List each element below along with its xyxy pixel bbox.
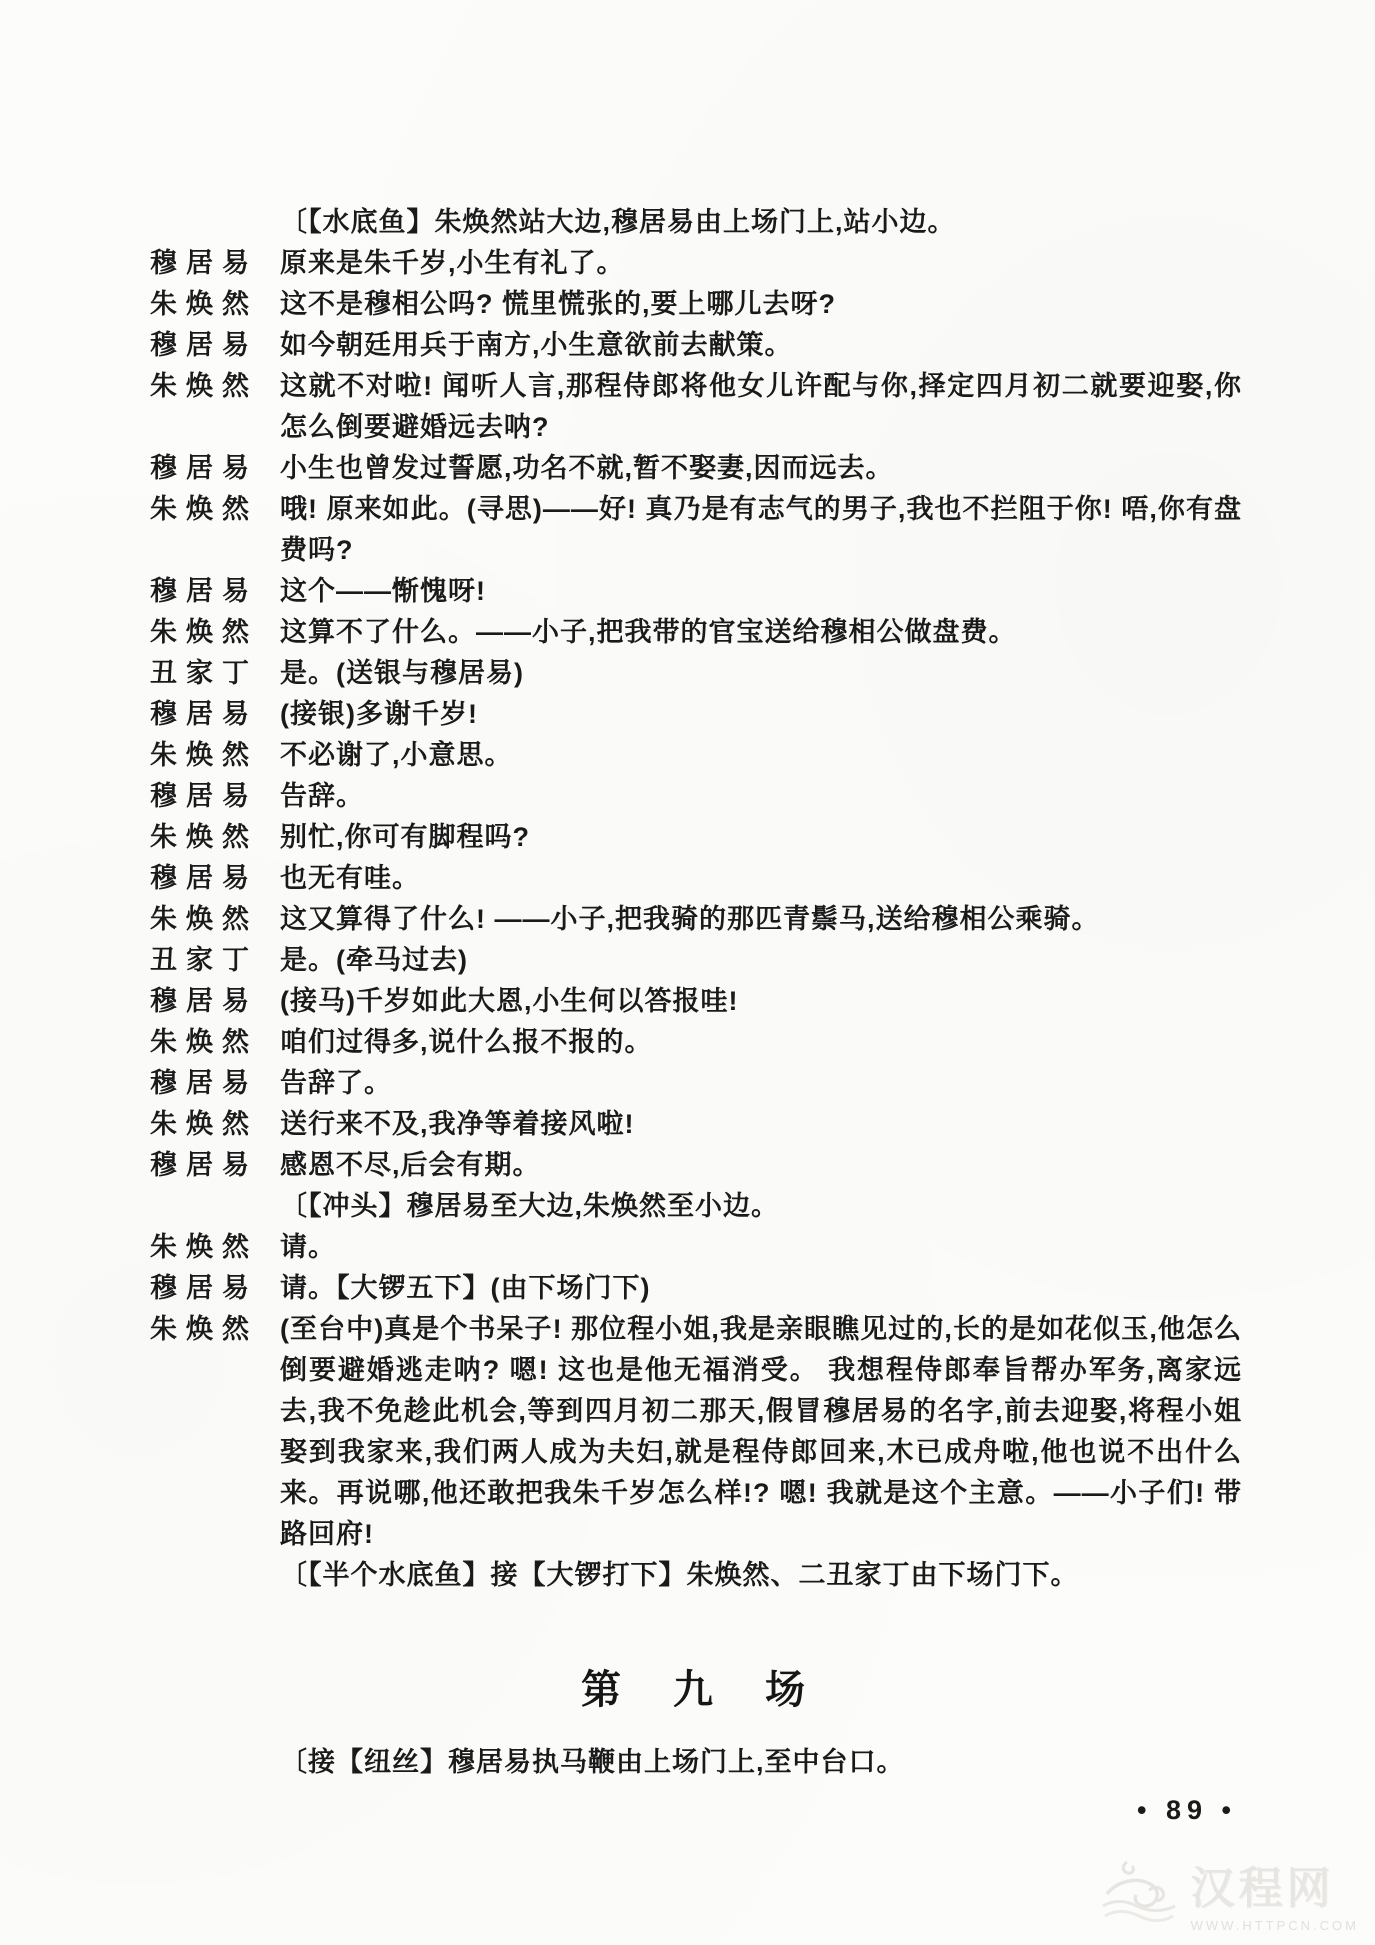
- dialogue-text: 这个——惭愧呀!: [280, 571, 1242, 612]
- stage-direction-text: 〔【冲头】穆居易至大边,朱焕然至小边。: [280, 1186, 1242, 1227]
- dialogue-line: 朱焕然这不是穆相公吗? 慌里慌张的,要上哪儿去呀?: [150, 284, 1242, 325]
- dialogue-text: 小生也曾发过誓愿,功名不就,暂不娶妻,因而远去。: [280, 448, 1242, 489]
- dialogue-text: 哦! 原来如此。(寻思)——好! 真乃是有志气的男子,我也不拦阻于你! 唔,你有…: [280, 489, 1242, 571]
- stage-direction: 〔【半个水底鱼】接【大锣打下】朱焕然、二丑家丁由下场门下。: [150, 1555, 1242, 1596]
- watermark: 汉程网 WWW.HTTPCN.COM: [1097, 1852, 1359, 1933]
- stage-direction: 〔【冲头】穆居易至大边,朱焕然至小边。: [150, 1186, 1242, 1227]
- dialogue-line: 穆居易感恩不尽,后会有期。: [150, 1145, 1242, 1186]
- speaker-name: 穆居易: [150, 694, 280, 735]
- speaker-name: 穆居易: [150, 325, 280, 366]
- dialogue-line: 穆居易如今朝廷用兵于南方,小生意欲前去献策。: [150, 325, 1242, 366]
- dialogue-line: 丑家丁是。(送银与穆居易): [150, 653, 1242, 694]
- dialogue-line: 丑家丁是。(牵马过去): [150, 940, 1242, 981]
- watermark-url-text: WWW.HTTPCN.COM: [1191, 1918, 1359, 1933]
- dialogue-line: 穆居易请。【大锣五下】(由下场门下): [150, 1268, 1242, 1309]
- speaker-name: 朱焕然: [150, 899, 280, 940]
- dialogue-text: (至台中)真是个书呆子! 那位程小姐,我是亲眼瞧见过的,长的是如花似玉,他怎么倒…: [280, 1309, 1242, 1555]
- dialogue-line: 穆居易(接马)千岁如此大恩,小生何以答报哇!: [150, 981, 1242, 1022]
- speaker-name: 穆居易: [150, 448, 280, 489]
- dialogue-line: 朱焕然(至台中)真是个书呆子! 那位程小姐,我是亲眼瞧见过的,长的是如花似玉,他…: [150, 1309, 1242, 1555]
- dialogue-text: 别忙,你可有脚程吗?: [280, 817, 1242, 858]
- dialogue-text: 送行来不及,我净等着接风啦!: [280, 1104, 1242, 1145]
- dialogue-line: 朱焕然这就不对啦! 闻听人言,那程侍郎将他女儿许配与你,择定四月初二就要迎娶,你…: [150, 366, 1242, 448]
- speaker-name: 朱焕然: [150, 1104, 280, 1145]
- speaker-name: 丑家丁: [150, 940, 280, 981]
- speaker-name: 穆居易: [150, 243, 280, 284]
- stage-direction: 〔接【纽丝】穆居易执马鞭由上场门上,至中台口。: [150, 1742, 1242, 1783]
- stage-direction: 〔【水底鱼】朱焕然站大边,穆居易由上场门上,站小边。: [150, 202, 1242, 243]
- dialogue-text: 是。(牵马过去): [280, 940, 1242, 981]
- stage-direction-text: 〔接【纽丝】穆居易执马鞭由上场门上,至中台口。: [280, 1742, 1242, 1783]
- dialogue-text: 不必谢了,小意思。: [280, 735, 1242, 776]
- speaker-name: 朱焕然: [150, 366, 280, 448]
- stage-direction-text: 〔【半个水底鱼】接【大锣打下】朱焕然、二丑家丁由下场门下。: [280, 1555, 1242, 1596]
- speaker-name: 丑家丁: [150, 653, 280, 694]
- speaker-name: 朱焕然: [150, 489, 280, 571]
- dialogue-line: 朱焕然送行来不及,我净等着接风啦!: [150, 1104, 1242, 1145]
- dialogue-line: 穆居易也无有哇。: [150, 858, 1242, 899]
- dialogue-text: (接马)千岁如此大恩,小生何以答报哇!: [280, 981, 1242, 1022]
- speaker-name: [150, 202, 280, 243]
- dialogue-line: 穆居易这个——惭愧呀!: [150, 571, 1242, 612]
- dialogue-text: 这不是穆相公吗? 慌里慌张的,要上哪儿去呀?: [280, 284, 1242, 325]
- dialogue-text: 这算不了什么。——小子,把我带的官宝送给穆相公做盘费。: [280, 612, 1242, 653]
- stage-direction-text: 〔【水底鱼】朱焕然站大边,穆居易由上场门上,站小边。: [280, 202, 1242, 243]
- watermark-brand-text: 汉程网: [1191, 1852, 1359, 1916]
- scene-nine-heading: 第 九 场: [150, 1658, 1242, 1715]
- speaker-name: [150, 1555, 280, 1596]
- speaker-name: [150, 1742, 280, 1783]
- dialogue-text: 告辞了。: [280, 1063, 1242, 1104]
- dialogue-text: 是。(送银与穆居易): [280, 653, 1242, 694]
- dialogue-line: 朱焕然别忙,你可有脚程吗?: [150, 817, 1242, 858]
- dialogue-text: 原来是朱千岁,小生有礼了。: [280, 243, 1242, 284]
- dialogue-text: 如今朝廷用兵于南方,小生意欲前去献策。: [280, 325, 1242, 366]
- speaker-name: 穆居易: [150, 981, 280, 1022]
- dialogue-line: 穆居易小生也曾发过誓愿,功名不就,暂不娶妻,因而远去。: [150, 448, 1242, 489]
- hanchengwang-logo-icon: [1097, 1856, 1183, 1930]
- dialogue-line: 朱焕然这又算得了什么! ——小子,把我骑的那匹青鬃马,送给穆相公乘骑。: [150, 899, 1242, 940]
- dialogue-line: 朱焕然不必谢了,小意思。: [150, 735, 1242, 776]
- dialogue-text: 咱们过得多,说什么报不报的。: [280, 1022, 1242, 1063]
- dialogue-line: 穆居易告辞了。: [150, 1063, 1242, 1104]
- dialogue-text: (接银)多谢千岁!: [280, 694, 1242, 735]
- speaker-name: 穆居易: [150, 1063, 280, 1104]
- dialogue-text: 这就不对啦! 闻听人言,那程侍郎将他女儿许配与你,择定四月初二就要迎娶,你怎么倒…: [280, 366, 1242, 448]
- scene-eight-lines: 〔【水底鱼】朱焕然站大边,穆居易由上场门上,站小边。穆居易原来是朱千岁,小生有礼…: [150, 202, 1242, 1596]
- speaker-name: 穆居易: [150, 1145, 280, 1186]
- dialogue-text: 也无有哇。: [280, 858, 1242, 899]
- speaker-name: [150, 1186, 280, 1227]
- scanned-script-page: 〔【水底鱼】朱焕然站大边,穆居易由上场门上,站小边。穆居易原来是朱千岁,小生有礼…: [0, 0, 1375, 1945]
- dialogue-line: 朱焕然这算不了什么。——小子,把我带的官宝送给穆相公做盘费。: [150, 612, 1242, 653]
- dialogue-line: 穆居易原来是朱千岁,小生有礼了。: [150, 243, 1242, 284]
- speaker-name: 穆居易: [150, 776, 280, 817]
- dialogue-line: 朱焕然请。: [150, 1227, 1242, 1268]
- dialogue-text: 感恩不尽,后会有期。: [280, 1145, 1242, 1186]
- speaker-name: 朱焕然: [150, 735, 280, 776]
- dialogue-text: 这又算得了什么! ——小子,把我骑的那匹青鬃马,送给穆相公乘骑。: [280, 899, 1242, 940]
- speaker-name: 穆居易: [150, 1268, 280, 1309]
- dialogue-text: 请。: [280, 1227, 1242, 1268]
- dialogue-text: 告辞。: [280, 776, 1242, 817]
- speaker-name: 朱焕然: [150, 1227, 280, 1268]
- dialogue-line: 穆居易(接银)多谢千岁!: [150, 694, 1242, 735]
- page-number: • 89 •: [1137, 1795, 1237, 1826]
- speaker-name: 穆居易: [150, 858, 280, 899]
- scene-nine-lines: 〔接【纽丝】穆居易执马鞭由上场门上,至中台口。: [150, 1742, 1242, 1783]
- speaker-name: 朱焕然: [150, 1309, 280, 1555]
- speaker-name: 穆居易: [150, 571, 280, 612]
- speaker-name: 朱焕然: [150, 284, 280, 325]
- dialogue-line: 朱焕然哦! 原来如此。(寻思)——好! 真乃是有志气的男子,我也不拦阻于你! 唔…: [150, 489, 1242, 571]
- speaker-name: 朱焕然: [150, 612, 280, 653]
- dialogue-line: 穆居易告辞。: [150, 776, 1242, 817]
- dialogue-text: 请。【大锣五下】(由下场门下): [280, 1268, 1242, 1309]
- speaker-name: 朱焕然: [150, 1022, 280, 1063]
- dialogue-line: 朱焕然咱们过得多,说什么报不报的。: [150, 1022, 1242, 1063]
- speaker-name: 朱焕然: [150, 817, 280, 858]
